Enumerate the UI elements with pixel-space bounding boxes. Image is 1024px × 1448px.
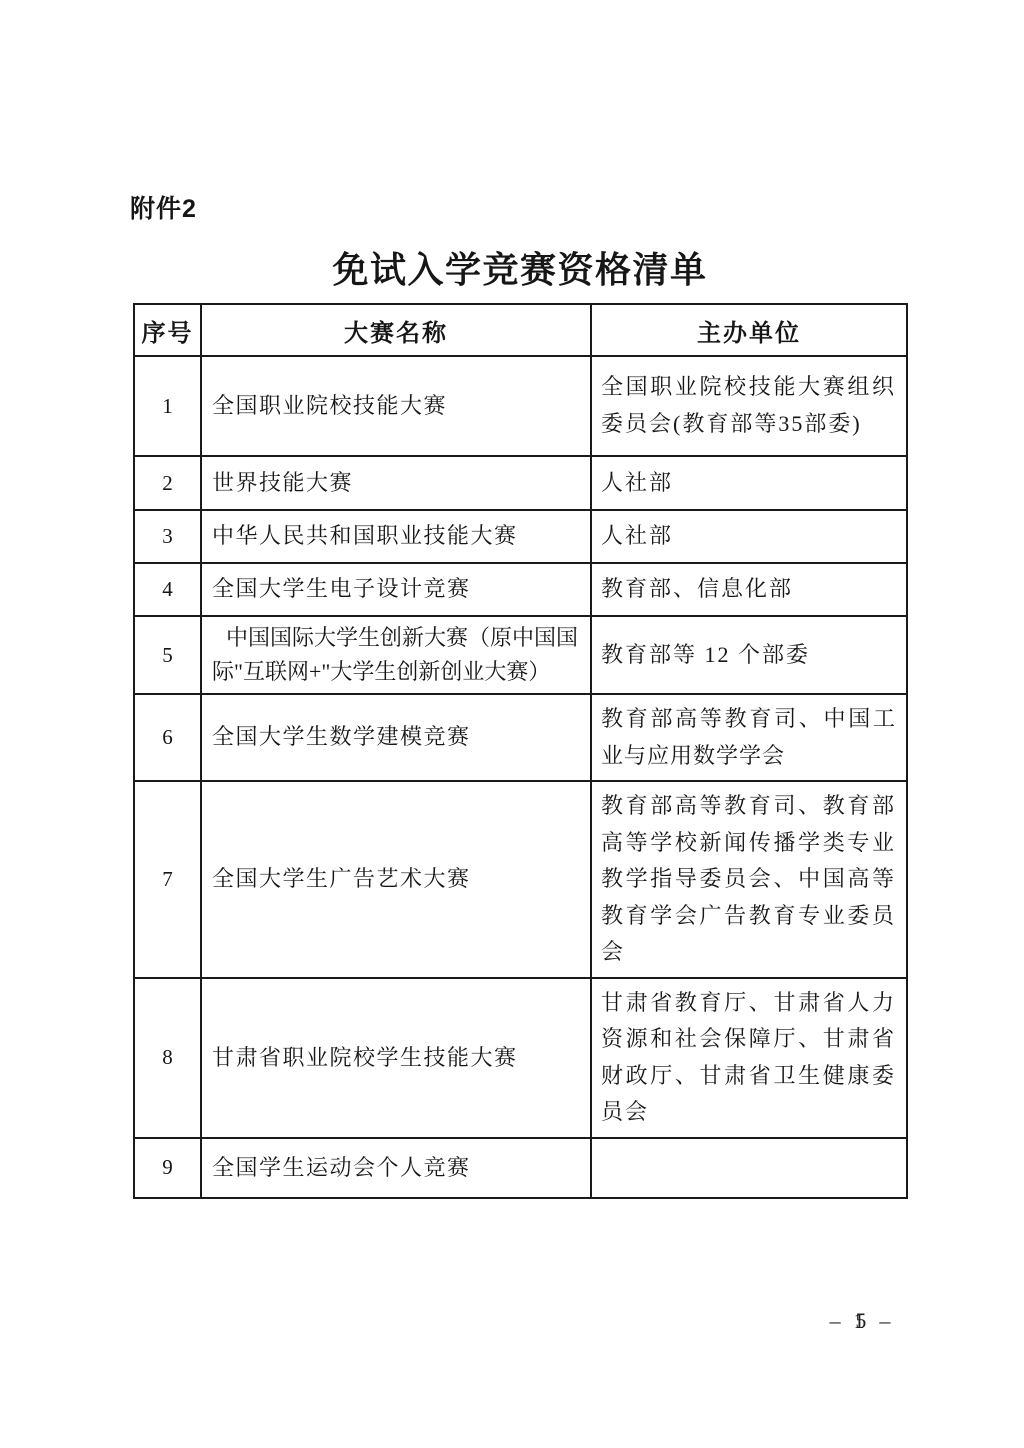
table-row: 7 全国大学生广告艺术大赛 教育部高等教育司、教育部高等学校新闻传播学类专业教学… [134,781,907,978]
competition-name-cell: 全国职业院校技能大赛 [201,356,591,456]
page-title: 免试入学竞赛资格清单 [40,242,1000,293]
organizer-cell: 教育部等 12 个部委 [591,616,907,694]
competition-qualification-table: 序号 大赛名称 主办单位 1 全国职业院校技能大赛 全国职业院校技能大赛组织委员… [133,303,908,1199]
competition-name-cell: 中国国际大学生创新大赛（原中国国际"互联网+"大学生创新创业大赛） [201,616,591,694]
organizer-cell: 教育部高等教育司、教育部高等学校新闻传播学类专业教学指导委员会、中国高等教育学会… [591,781,907,978]
organizer-cell: 全国职业院校技能大赛组织委员会(教育部等35部委) [591,356,907,456]
header-competition-name: 大赛名称 [201,304,591,356]
row-number-cell: 6 [134,694,201,781]
competition-name-cell: 世界技能大赛 [201,456,591,510]
footer-left-dash: – [830,1308,841,1333]
header-serial-number: 序号 [134,304,201,356]
row-number-cell: 2 [134,456,201,510]
table-row: 1 全国职业院校技能大赛 全国职业院校技能大赛组织委员会(教育部等35部委) [134,356,907,456]
row-number-cell: 5 [134,616,201,694]
table-row: 3 中华人民共和国职业技能大赛 人社部 [134,510,907,563]
table-row: 4 全国大学生电子设计竞赛 教育部、信息化部 [134,563,907,616]
row-number-cell: 8 [134,978,201,1138]
table-row: 6 全国大学生数学建模竞赛 教育部高等教育司、中国工业与应用数学学会 [134,694,907,781]
competition-name-cell: 甘肃省职业院校学生技能大赛 [201,978,591,1138]
competition-name-cell: 全国大学生电子设计竞赛 [201,563,591,616]
table-row: 5 中国国际大学生创新大赛（原中国国际"互联网+"大学生创新创业大赛） 教育部等… [134,616,907,694]
competition-name-cell: 全国大学生广告艺术大赛 [201,781,591,978]
organizer-cell: 教育部高等教育司、中国工业与应用数学学会 [591,694,907,781]
organizer-cell: 人社部 [591,510,907,563]
page-footer: –15– [770,1308,950,1334]
table-row: 8 甘肃省职业院校学生技能大赛 甘肃省教育厅、甘肃省人力资源和社会保障厅、甘肃省… [134,978,907,1138]
organizer-cell: 甘肃省教育厅、甘肃省人力资源和社会保障厅、甘肃省财政厅、甘肃省卫生健康委员会 [591,978,907,1138]
organizer-cell [591,1138,907,1198]
organizer-cell: 人社部 [591,456,907,510]
competition-name-cell: 中华人民共和国职业技能大赛 [201,510,591,563]
document-page: 附件2 免试入学竞赛资格清单 序号 大赛名称 主办单位 1 全国职业院校技能大赛… [0,0,1024,1448]
row-number-cell: 1 [134,356,201,456]
table-header-row: 序号 大赛名称 主办单位 [134,304,907,356]
row-number-cell: 7 [134,781,201,978]
row-number-cell: 3 [134,510,201,563]
competition-name-cell: 全国大学生数学建模竞赛 [201,694,591,781]
attachment-label: 附件2 [130,189,197,225]
footer-right-dash: – [879,1308,890,1333]
row-number-cell: 9 [134,1138,201,1198]
page-number: 15 [854,1308,867,1333]
competition-name-cell: 全国学生运动会个人竞赛 [201,1138,591,1198]
header-organizer: 主办单位 [591,304,907,356]
organizer-cell: 教育部、信息化部 [591,563,907,616]
row-number-cell: 4 [134,563,201,616]
table-row: 9 全国学生运动会个人竞赛 [134,1138,907,1198]
table-row: 2 世界技能大赛 人社部 [134,456,907,510]
